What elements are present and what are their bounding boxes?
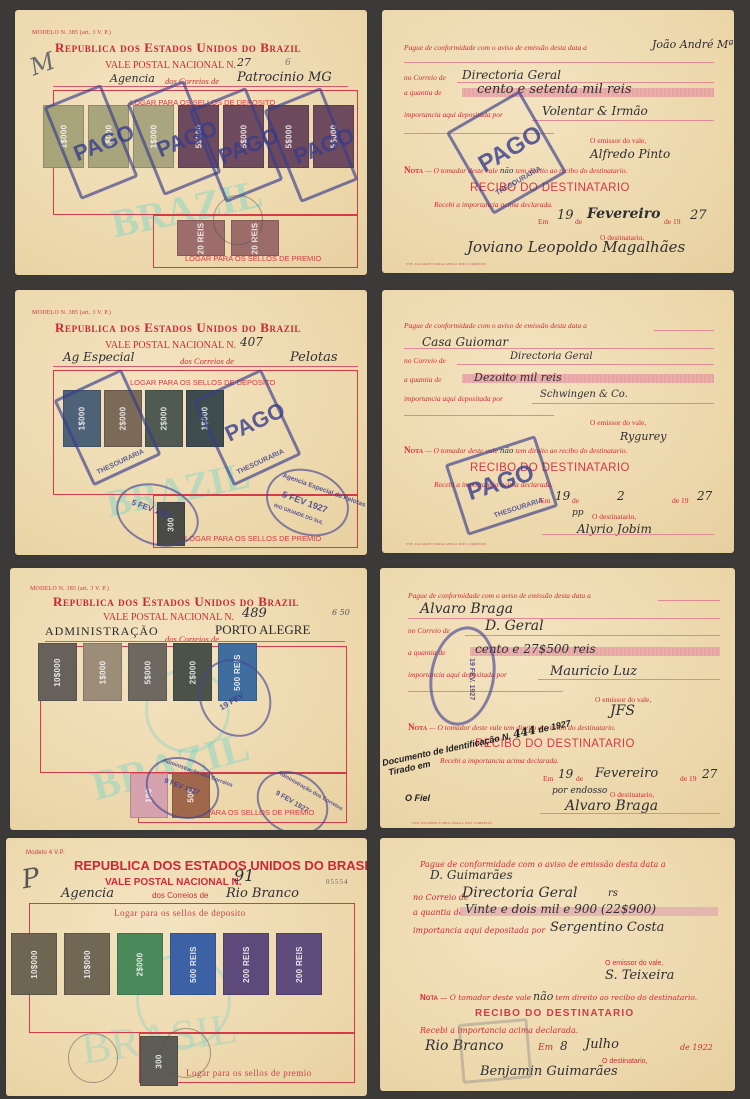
correio-handwritten: D. Geral [485,618,544,634]
de-19-label: de 19 [672,496,688,505]
stamp-value: 10$000 [53,658,62,687]
stamp-value: 2$000 [188,660,197,684]
premio-box-label: Logar para os sellos de premio [186,1068,312,1078]
money-order-card-6-back: Pague de conformidade com o aviso de emi… [380,568,735,828]
imprint: TYP. DA DIRECTORIA GERAL DOS CORREIOS [406,262,487,266]
depositor-handwritten: Sergentino Costa [550,920,664,935]
date-day: 8 [560,1039,568,1053]
postmark-circle-2 [161,1028,211,1078]
pague-label: Pague de conformidade com o aviso de emi… [404,43,587,52]
agencia-handwritten: Agencia [110,72,155,85]
stamp-value: 10$000 [30,950,39,979]
stamp-value: 2$000 [136,952,145,976]
emissor-signature: S. Teixeira [605,968,674,983]
premio-box-label: LOGAR PARA OS SELLOS DE PREMIO [185,534,321,543]
no-correio-label: no Correio de [413,893,469,902]
stamp-value: 200 REIS [295,946,304,983]
stamp-value: 10$000 [83,950,92,979]
rule [408,618,720,619]
money-order-card-5-front: BRAZIL MODELO N. 385 (art. 3 V. P.) Repu… [10,568,367,830]
postage-stamp: 500 REIS [170,933,216,995]
stamp-value: 1$000 [98,660,107,684]
agencia-handwritten: Ag Especial [63,350,134,364]
payee-handwritten: João André Mª [652,38,734,51]
deposit-box-label: Logar para os sellos de deposito [114,908,246,918]
stamp-value: 5$000 [143,660,152,684]
emissor-label: O emissor do vale, [590,136,646,145]
serial-number: 05554 [326,878,349,886]
date-year: 27 [702,767,717,781]
handwritten-initials: P [20,863,42,896]
date-day: 19 [558,767,573,781]
date-month: 2 [617,489,625,503]
faded-cancel [458,1018,533,1084]
postmark-circle-1 [68,1033,118,1083]
modelo-label: MODELO N. 385 (art. 3 V. P.) [32,30,111,36]
extra-note: 6 [285,58,291,68]
de-19-label: de 19 [664,217,680,226]
vale-postal-label: VALE POSTAL NACIONAL N. [105,60,236,71]
city-stamped: PORTO ALEGRE [215,622,310,638]
postage-stamp: 200 REIS [276,933,322,995]
date-day: 19 [555,489,570,503]
order-number: 407 [240,335,263,349]
quantia-label: a quantia de [404,88,442,97]
modelo-label: Modelo 4 V.P. [26,850,65,856]
money-order-card-8-back: Pague de conformidade com o aviso de emi… [380,838,735,1091]
rule [540,813,720,814]
rule [457,364,714,365]
order-number: 91 [234,866,254,885]
destinatario-label: O destinatario, [592,512,636,521]
postmark-circle [213,195,263,245]
de-label: de [575,217,582,226]
postage-stamp: 1$000 [83,643,122,701]
rule [465,635,720,636]
payee-handwritten: D. Guimarães [430,868,513,882]
date-month: Fevereiro [587,206,660,222]
pague-label: Pague de conformidade com o aviso de emi… [404,321,587,330]
payee-handwritten: Alvaro Braga [420,601,513,617]
o-fiel-stamp: O Fiel [405,793,430,803]
depositor-handwritten: Volentar & Irmão [542,104,648,118]
recebi-label: Recebi a importancia acima declarada. [440,756,559,765]
handwritten-initials: M [26,47,59,82]
date-year: 27 [697,489,712,503]
imprint: TYP. DA DIRECTORIA GERAL DOS CORREIOS [406,542,487,546]
vale-postal-label: VALE POSTAL NACIONAL N. [105,877,242,888]
postage-stamp: 2$000 [117,933,163,995]
depositor-handwritten: Mauricio Luz [550,664,637,679]
nota-line: Nota — O tomador deste vale não tem dire… [420,990,697,1003]
postage-stamp: 10$000 [64,933,110,995]
rs-note: rs [608,888,618,899]
rule [532,120,714,121]
no-correio-label: no Correio de [408,626,450,635]
order-number: 489 [242,606,267,621]
money-order-card-4-back: Pague de conformidade com o aviso de emi… [382,290,734,553]
date-month: Fevereiro [595,766,658,781]
quantia-label: a quantia de [413,908,463,917]
de-label: de [572,496,579,505]
rule [404,348,714,349]
stamp-value: 20 REIS [197,222,206,254]
emissor-label: O emissor do vale, [590,418,646,427]
quantia-handwritten: Vinte e dois mil e 900 (22$900) [465,902,656,916]
stamp-value: 2$000 [160,407,169,431]
emissor-label: O emissor do vale, [605,960,663,967]
pague-label: Pague de conformidade com o aviso de emi… [408,591,591,600]
depositor-handwritten: Schwingen & Co. [540,389,628,400]
rule [654,330,714,331]
no-correio-label: no Correio de [404,73,446,82]
importancia-label: importancia aqui depositada por [404,394,503,403]
rule [404,415,554,416]
rule [538,679,720,680]
pago-oval-cancel: 19 FEV. 1927 [422,621,503,731]
correio-handwritten: Directoria Geral [510,351,593,362]
signature-prefix: pp [572,508,584,518]
emissor-signature: Rygurey [620,430,666,443]
correios-label: dos Correios de [152,891,208,900]
em-label: Em [538,217,548,226]
rule [658,600,720,601]
date-year: 27 [690,208,707,223]
money-order-card-2-back: Pague de conformidade com o aviso de emi… [382,10,734,273]
rule [532,403,714,404]
correios-underline [45,641,345,642]
correio-handwritten: Directoria Geral [462,68,561,82]
correio-handwritten: Directoria Geral [462,885,578,901]
money-order-card-3-front: BRAZIL MODELO N. 385 (art. 3 V. P.) Repu… [15,290,367,555]
rule [404,62,714,63]
order-number: 27 [237,56,251,69]
date-year: de 1922 [680,1043,713,1052]
destinatario-signature: Joviano Leopoldo Magalhães [467,238,685,256]
quantia-label: a quantia de [404,375,442,384]
stamp-value: 200 REIS [242,946,251,983]
por-endosso: por endosso [552,786,607,796]
modelo-label: MODELO N. 385 (art. 3 V. P.) [32,310,111,316]
republica-header: Republica dos Estados Unidos do Brazil [55,40,301,56]
city-handwritten: Rio Branco [226,886,299,901]
payee-handwritten: Casa Guiomar [422,335,508,349]
em-label: Em [538,1043,553,1053]
modelo-label: MODELO N. 385 (art. 3 V. P.) [30,586,109,592]
emissor-signature: JFS [610,703,635,719]
republica-header: Republica dos Estados Unidos do Brazil [55,320,301,336]
republica-header: REPUBLICA DOS ESTADOS UNIDOS DO BRASIL [74,858,367,873]
quantia-handwritten: Dezoito mil reis [474,371,562,384]
postage-stamp: 5$000 [128,643,167,701]
rule [542,534,714,535]
importancia-label: importancia aqui depositada por [413,926,545,935]
de-label: de [576,774,583,783]
destinatario-signature: Alvaro Braga [565,798,658,814]
postage-stamp: 10$000 [38,643,77,701]
quantia-handwritten: cento e setenta mil reis [477,82,632,97]
imprint: TYP. DA DIRECTORIA GERAL DOS CORREIOS [412,821,493,825]
emissor-signature: Alfredo Pinto [590,147,670,161]
stamp-value: 500 REIS [189,946,198,983]
postage-stamp: 10$000 [11,933,57,995]
postage-stamp: 200 REIS [223,933,269,995]
no-correio-label: no Correio de [404,356,446,365]
agencia-stamped: ADMINISTRAÇÃO [45,624,159,639]
extra-note: 6 50 [332,608,350,617]
city-handwritten: Patrocinio MG [237,70,332,85]
correios-label: dos Correios de [180,356,234,366]
money-order-card-7-front: BRASIL Modelo 4 V.P. REPUBLICA DOS ESTAD… [6,838,367,1096]
de-19-label: de 19 [680,774,696,783]
city-handwritten: Pelotas [290,350,338,365]
correios-underline [53,366,358,367]
date-month: Julho [585,1037,619,1052]
money-order-card-1-front: BRAZIL MODELO N. 385 (art. 3 V. P.) M Re… [15,10,367,275]
agencia-handwritten: Agencia [61,886,114,901]
recibo-title: RECIBO DO DESTINATARIO [475,1008,634,1019]
em-label: Em [543,774,553,783]
date-day: 19 [557,208,574,223]
